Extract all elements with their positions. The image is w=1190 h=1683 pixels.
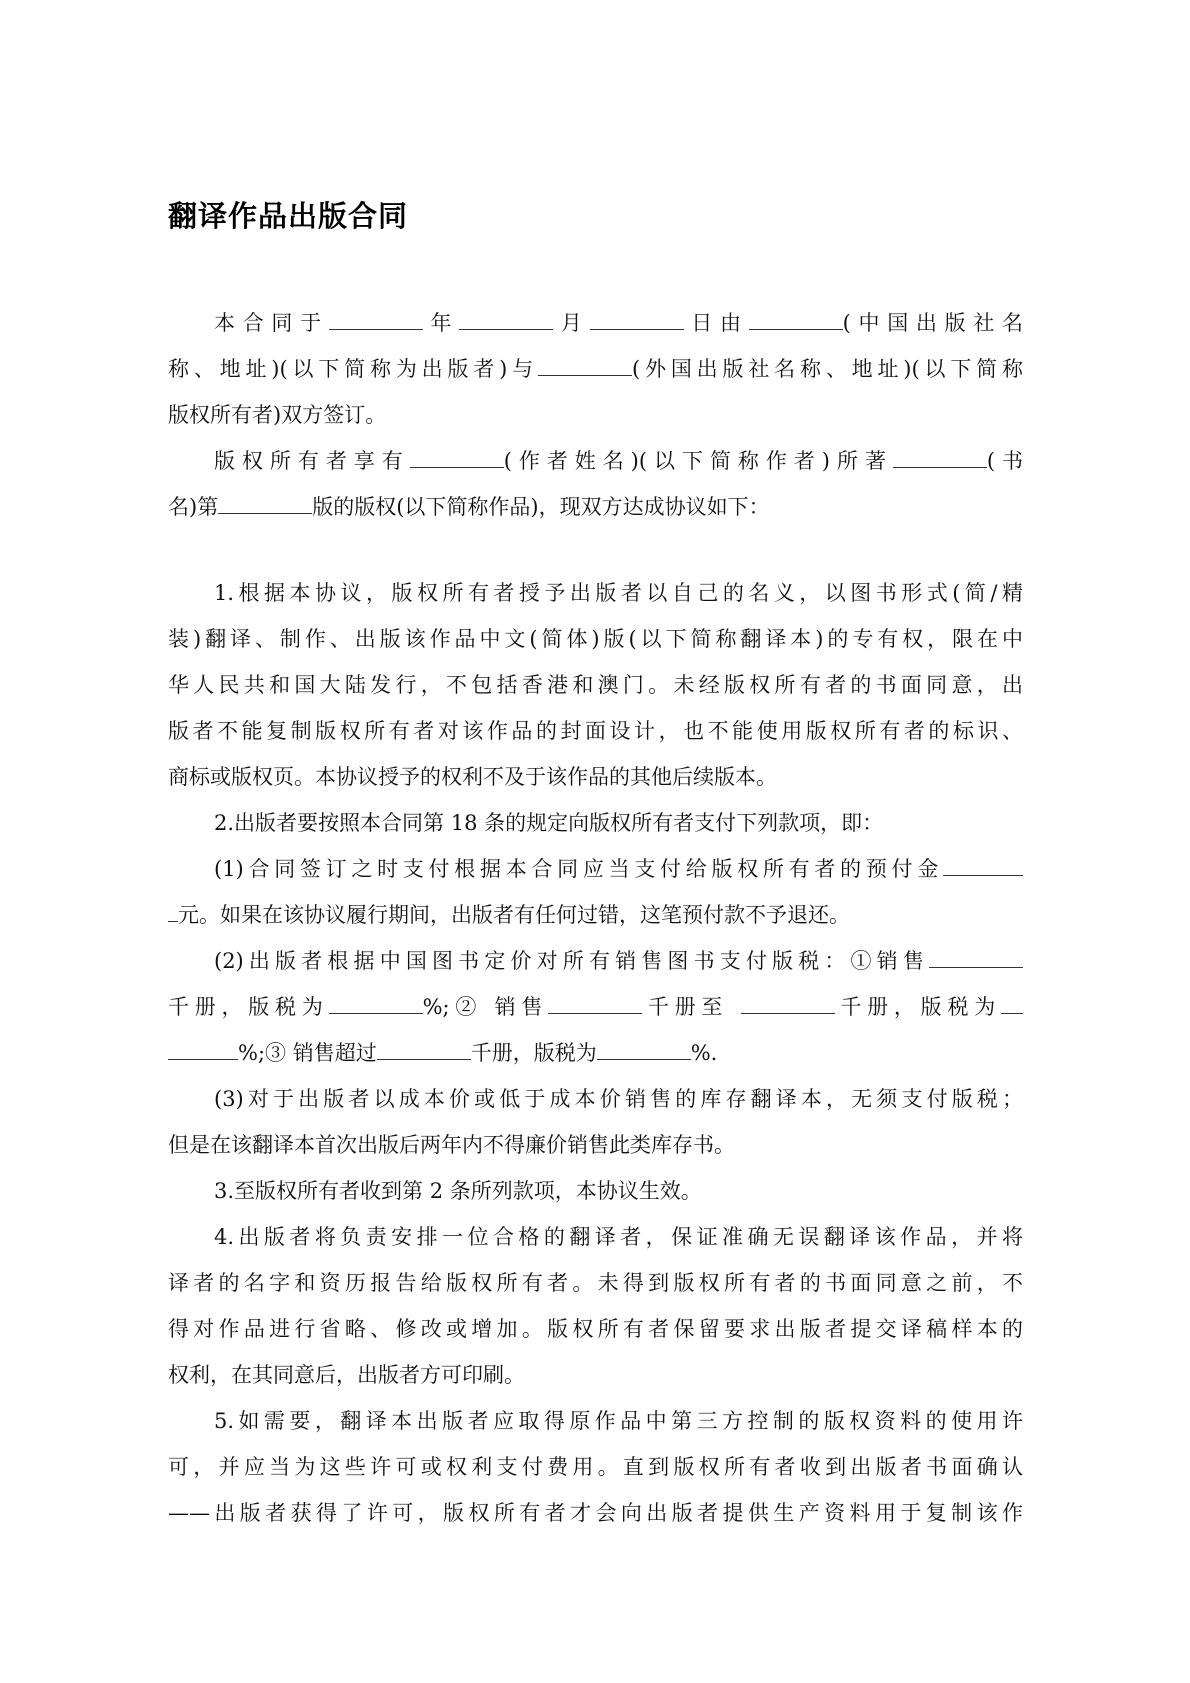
text-segment: (外国出版社名称、地址)(以下简称 bbox=[632, 357, 1023, 381]
text-line: 名)第版的版权(以下简称作品)，现双方达成协议如下： bbox=[168, 484, 1023, 530]
text-line: 装)翻译、制作、出版该作品中文(简体)版(以下简称翻译本)的专有权，限在中 bbox=[168, 616, 1023, 662]
clause-3: 3.至版权所有者收到第 2 条所列款项，本协议生效。 bbox=[168, 1168, 1023, 1214]
text-line: 但是在该翻译本首次出版后两年内不得廉价销售此类库存书。 bbox=[168, 1122, 1023, 1168]
text-line: 1.根据本协议，版权所有者授予出版者以自己的名义，以图书形式(简/精 bbox=[168, 570, 1023, 616]
text-segment: (中国出版社名 bbox=[843, 311, 1023, 335]
blank-field-year[interactable] bbox=[329, 309, 423, 330]
blank-field-royalty-tier-1[interactable] bbox=[329, 993, 423, 1014]
text-line: 千册，版税为%;② 销售千册至 千册，版税为 bbox=[168, 984, 1023, 1030]
text-line: %;③ 销售超过千册，版税为%. bbox=[168, 1030, 1023, 1076]
clause-2: 2.出版者要按照本合同第 18 条的规定向版权所有者支付下列款项，即： (1)合… bbox=[168, 800, 1023, 1168]
text-line: ——出版者获得了许可，版权所有者才会向出版者提供生产资料用于复制该作 bbox=[168, 1490, 1023, 1536]
blank-field-author-name[interactable] bbox=[410, 447, 504, 468]
text-line: 4.出版者将负责安排一位合格的翻译者，保证准确无误翻译该作品，并将 bbox=[168, 1214, 1023, 1260]
blank-field-sales-tier-3[interactable] bbox=[377, 1039, 471, 1060]
document-title: 翻译作品出版合同 bbox=[168, 196, 408, 236]
text-line: 元。如果在该协议履行期间，出版者有任何过错，这笔预付款不予退还。 bbox=[168, 892, 1023, 938]
text-segment: (2)出版者根据中国图书定价对所有销售图书支付版税：①销售 bbox=[214, 949, 929, 973]
blank-field-sales-tier-1[interactable] bbox=[929, 947, 1023, 968]
text-line: 华人民共和国大陆发行，不包括香港和澳门。未经版权所有者的书面同意，出 bbox=[168, 662, 1023, 708]
blank-field-sales-tier-2-from[interactable] bbox=[548, 993, 642, 1014]
text-segment: (1)合同签订之时支付根据本合同应当支付给版权所有者的预付金 bbox=[214, 857, 943, 881]
intro-paragraph-1: 本合同于年月日由(中国出版社名 称、地址)(以下简称为出版者)与(外国出版社名称… bbox=[168, 300, 1023, 438]
clause-2-sub-1: (1)合同签订之时支付根据本合同应当支付给版权所有者的预付金 元。如果在该协议履… bbox=[168, 846, 1023, 938]
text-segment: 年 bbox=[423, 311, 459, 335]
clause-5: 5.如需要，翻译本出版者应取得原作品中第三方控制的版权资料的使用许 可，并应当为… bbox=[168, 1398, 1023, 1536]
text-line: 5.如需要，翻译本出版者应取得原作品中第三方控制的版权资料的使用许 bbox=[168, 1398, 1023, 1444]
blank-field-month[interactable] bbox=[459, 309, 553, 330]
text-line: (3)对于出版者以成本价或低于成本价销售的库存翻译本，无须支付版税； bbox=[168, 1076, 1023, 1122]
text-line: 3.至版权所有者收到第 2 条所列款项，本协议生效。 bbox=[168, 1168, 1023, 1214]
blank-field-chinese-publisher[interactable] bbox=[749, 309, 843, 330]
text-segment: 千册，版税为 bbox=[471, 1041, 597, 1065]
text-line: 版权所有者)双方签订。 bbox=[168, 392, 1023, 438]
text-segment: 千册至 bbox=[642, 995, 741, 1019]
text-segment: (书 bbox=[987, 449, 1023, 473]
text-line: 称、地址)(以下简称为出版者)与(外国出版社名称、地址)(以下简称 bbox=[168, 346, 1023, 392]
clause-4: 4.出版者将负责安排一位合格的翻译者，保证准确无误翻译该作品，并将 译者的名字和… bbox=[168, 1214, 1023, 1398]
blank-field-sales-tier-2-to[interactable] bbox=[741, 993, 835, 1014]
text-line: 权利，在其同意后，出版者方可印刷。 bbox=[168, 1352, 1023, 1398]
text-segment: 月 bbox=[553, 311, 589, 335]
blank-field-royalty-tier-2-cont[interactable] bbox=[168, 1039, 238, 1060]
text-segment: %;② 销售 bbox=[423, 995, 549, 1019]
text-segment: (作者姓名)(以下简称作者)所著 bbox=[504, 449, 893, 473]
text-line: 译者的名字和资历报告给版权所有者。未得到版权所有者的书面同意之前，不 bbox=[168, 1260, 1023, 1306]
text-line: 得对作品进行省略、修改或增加。版权所有者保留要求出版者提交译稿样本的 bbox=[168, 1306, 1023, 1352]
text-line: (2)出版者根据中国图书定价对所有销售图书支付版税：①销售 bbox=[168, 938, 1023, 984]
text-line: 版权所有者享有(作者姓名)(以下简称作者)所著(书 bbox=[168, 438, 1023, 484]
text-segment: %;③ 销售超过 bbox=[238, 1041, 377, 1065]
text-segment: 名)第 bbox=[168, 495, 218, 519]
text-segment: 版的版权(以下简称作品)，现双方达成协议如下： bbox=[312, 495, 769, 519]
blank-field-edition[interactable] bbox=[218, 493, 312, 514]
blank-field-book-title[interactable] bbox=[893, 447, 987, 468]
text-line: 商标或版权页。本协议授予的权利不及于该作品的其他后续版本。 bbox=[168, 754, 1023, 800]
clause-2-sub-3: (3)对于出版者以成本价或低于成本价销售的库存翻译本，无须支付版税； 但是在该翻… bbox=[168, 1076, 1023, 1168]
blank-field-day[interactable] bbox=[590, 309, 684, 330]
text-segment: %. bbox=[691, 1041, 718, 1065]
text-segment: 元。如果在该协议履行期间，出版者有任何过错，这笔预付款不予退还。 bbox=[178, 903, 850, 927]
intro-paragraph-2: 版权所有者享有(作者姓名)(以下简称作者)所著(书 名)第版的版权(以下简称作品… bbox=[168, 438, 1023, 530]
text-segment: 千册，版税为 bbox=[835, 995, 1001, 1019]
clause-2-sub-2: (2)出版者根据中国图书定价对所有销售图书支付版税：①销售 千册，版税为%;② … bbox=[168, 938, 1023, 1076]
text-line: 可，并应当为这些许可或权利支付费用。直到版权所有者收到出版者书面确认 bbox=[168, 1444, 1023, 1490]
text-segment: 版权所有者享有 bbox=[214, 449, 410, 473]
blank-field-royalty-tier-2[interactable] bbox=[1001, 993, 1023, 1014]
blank-field-advance-payment[interactable] bbox=[943, 855, 1023, 876]
blank-field-royalty-tier-3[interactable] bbox=[597, 1039, 691, 1060]
blank-field-advance-payment-cont[interactable] bbox=[168, 901, 178, 922]
text-line: 版者不能复制版权所有者对该作品的封面设计，也不能使用版权所有者的标识、 bbox=[168, 708, 1023, 754]
text-segment: 本合同于 bbox=[214, 311, 329, 335]
document-body: 本合同于年月日由(中国出版社名 称、地址)(以下简称为出版者)与(外国出版社名称… bbox=[168, 300, 1023, 1536]
text-segment: 日由 bbox=[684, 311, 749, 335]
text-line: 本合同于年月日由(中国出版社名 bbox=[168, 300, 1023, 346]
text-line: (1)合同签订之时支付根据本合同应当支付给版权所有者的预付金 bbox=[168, 846, 1023, 892]
text-line: 2.出版者要按照本合同第 18 条的规定向版权所有者支付下列款项，即： bbox=[168, 800, 1023, 846]
text-segment: 千册，版税为 bbox=[168, 995, 329, 1019]
text-segment: 称、地址)(以下简称为出版者)与 bbox=[168, 357, 538, 381]
blank-field-foreign-publisher[interactable] bbox=[538, 355, 632, 376]
clause-1: 1.根据本协议，版权所有者授予出版者以自己的名义，以图书形式(简/精 装)翻译、… bbox=[168, 570, 1023, 800]
